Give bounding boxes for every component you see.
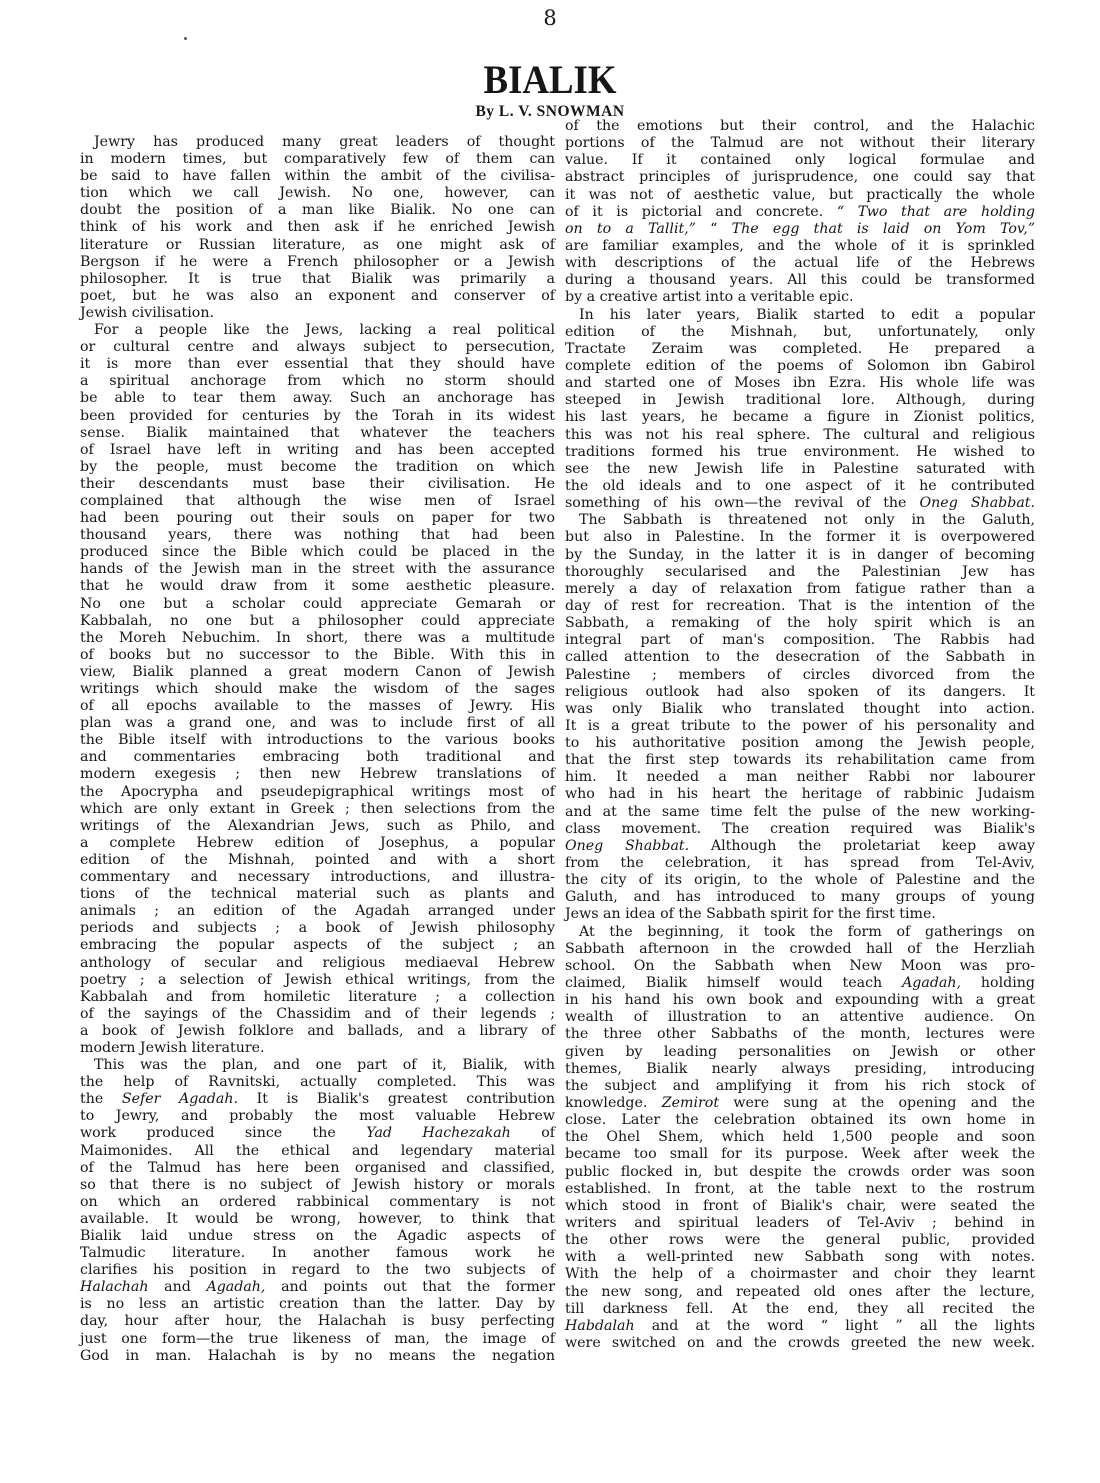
text-line: tions of the technical material such as … (80, 886, 555, 903)
text-line: commentary and necessary introductions, … (80, 869, 555, 886)
text-column-right: of the emotions but their control, and t… (565, 118, 1035, 1352)
text-line: edition of the Mishnah, pointed and with… (80, 852, 555, 869)
text-line: Jewish civilisation. (80, 305, 555, 322)
text-line: the Bible itself with introductions to t… (80, 732, 555, 749)
text-line: Kabbalah, no one but a philosopher could… (80, 613, 555, 630)
text-line: close. Later the celebration obtained it… (565, 1112, 1035, 1129)
text-line: writers and spiritual leaders of Tel-Avi… (565, 1215, 1035, 1232)
text-line: of it is pictorial and concrete. “ Two t… (565, 204, 1035, 221)
text-line: Sabbath afternoon in the crowded hall of… (565, 941, 1035, 958)
text-line: writings which should make the wisdom of… (80, 681, 555, 698)
text-line: by the Sunday, in the latter it is in da… (565, 547, 1035, 564)
text-line: of books but no successor to the Bible. … (80, 647, 555, 664)
text-line: this was not his real sphere. The cultur… (565, 427, 1035, 444)
text-line: At the beginning, it took the form of ga… (565, 924, 1035, 941)
text-line: Jewry has produced many great leaders of… (80, 134, 555, 151)
text-line: Sabbath, a remaking of the holy spirit w… (565, 615, 1035, 632)
text-line: periods and subjects ; a book of Jewish … (80, 920, 555, 937)
text-line: a complete Hebrew edition of Josephus, a… (80, 835, 555, 852)
text-line: till darkness fell. At the end, they all… (565, 1301, 1035, 1318)
text-line: of the emotions but their control, and t… (565, 118, 1035, 135)
text-line: which are only extant in Greek ; then se… (80, 801, 555, 818)
text-line: and at the same time felt the pulse of t… (565, 804, 1035, 821)
text-line: his last years, he became a figure in Zi… (565, 409, 1035, 426)
text-line: Jews an idea of the Sabbath spirit for t… (565, 906, 1035, 923)
text-line: that he would draw from it some aestheti… (80, 578, 555, 595)
text-line: think of his work and then ask if he enr… (80, 219, 555, 236)
text-line: was only Bialik who translated thought i… (565, 701, 1035, 718)
text-line: Maimonides. All the ethical and legendar… (80, 1143, 555, 1160)
text-line: given by leading personalities on Jewish… (565, 1044, 1035, 1061)
text-line: the old ideals and to one aspect of it h… (565, 478, 1035, 495)
text-line: God in man. Halachah is by no means the … (80, 1348, 555, 1365)
text-line: philosopher. It is true that Bialik was … (80, 271, 555, 288)
text-line: is no less an artistic creation than the… (80, 1296, 555, 1313)
text-line: religious outlook had also spoken of its… (565, 684, 1035, 701)
text-line: complained that although the wise men of… (80, 493, 555, 510)
text-line: In his later years, Bialik started to ed… (565, 307, 1035, 324)
text-line: Tractate Zeraim was completed. He prepar… (565, 341, 1035, 358)
text-line: doubt the position of a man like Bialik.… (80, 202, 555, 219)
text-line: of the sayings of the Chassidim and of t… (80, 1006, 555, 1023)
text-line: it is more than ever essential that they… (80, 356, 555, 373)
text-line: The Sabbath is threatened not only in th… (565, 512, 1035, 529)
text-line: the help of Ravnitski, actually complete… (80, 1074, 555, 1091)
text-line: Palestine ; members of circles divorced … (565, 667, 1035, 684)
text-line: work produced since the Yad Hachezakah o… (80, 1125, 555, 1142)
text-line: that the first step towards its rehabili… (565, 752, 1035, 769)
text-line: themes, Bialik nearly always presiding, … (565, 1061, 1035, 1078)
text-line: thousand years, there was nothing that h… (80, 527, 555, 544)
text-line: in his hand his own book and expounding … (565, 992, 1035, 1009)
text-line: with a well-printed new Sabbath song wit… (565, 1249, 1035, 1266)
text-line: the new song, and repeated old ones afte… (565, 1284, 1035, 1301)
text-line: value. If it contained only logical form… (565, 152, 1035, 169)
text-line: embracing the popular aspects of the sub… (80, 937, 555, 954)
text-line: view, Bialik planned a great modern Cano… (80, 664, 555, 681)
text-line: wealth of illustration to an attentive a… (565, 1009, 1035, 1026)
text-line: knowledge. Zemirot were sung at the open… (565, 1095, 1035, 1112)
text-line: the Apocrypha and pseudepigraphical writ… (80, 784, 555, 801)
text-line: hands of the Jewish man in the street wi… (80, 561, 555, 578)
text-column-left: Jewry has produced many great leaders of… (80, 134, 555, 1365)
text-line: something of his own—the revival of the … (565, 495, 1035, 512)
text-line: had been pouring out their souls on pape… (80, 510, 555, 527)
text-line: were switched on and the crowds greeted … (565, 1335, 1035, 1352)
text-line: established. In front, at the table next… (565, 1181, 1035, 1198)
text-line: so that there is no subject of Jewish hi… (80, 1177, 555, 1194)
text-line: by a creative artist into a veritable ep… (565, 289, 1035, 306)
text-line: or cultural centre and always subject to… (80, 339, 555, 356)
text-line: class movement. The creation required wa… (565, 821, 1035, 838)
text-line: with descriptions of the actual life of … (565, 255, 1035, 272)
text-line: of Israel have left in writing and has b… (80, 442, 555, 459)
text-line: anthology of secular and religious media… (80, 955, 555, 972)
text-line: of the Talmud has here been organised an… (80, 1160, 555, 1177)
text-line: the subject and amplifying it from his r… (565, 1078, 1035, 1095)
text-line: a book of Jewish folklore and ballads, a… (80, 1023, 555, 1040)
text-line: Bergson if he were a French philosopher … (80, 254, 555, 271)
text-line: the three other Sabbaths of the month, l… (565, 1026, 1035, 1043)
text-line: Habdalah and at the word “ light ” all t… (565, 1318, 1035, 1335)
text-line: the other rows were the general public, … (565, 1232, 1035, 1249)
text-line: public flocked in, but despite the crowd… (565, 1164, 1035, 1181)
text-line: modern Jewish literature. (80, 1040, 555, 1057)
text-line: thoroughly secularised and the Palestini… (565, 564, 1035, 581)
text-line: integral part of man's composition. The … (565, 632, 1035, 649)
text-line: be said to have fallen within the ambit … (80, 168, 555, 185)
text-line: Kabbalah and from homiletic literature ;… (80, 989, 555, 1006)
text-line: became too small for its purpose. Week a… (565, 1146, 1035, 1163)
text-line: edition of the Mishnah, but, unfortunate… (565, 324, 1035, 341)
text-line: abstract principles of jurisprudence, on… (565, 169, 1035, 186)
text-line: of all epochs available to the masses of… (80, 698, 555, 715)
text-line: the city of its origin, to the whole of … (565, 872, 1035, 889)
text-line: been provided for centuries by the Torah… (80, 408, 555, 425)
text-line: poet, but he was also an exponent and co… (80, 288, 555, 305)
text-line: For a people like the Jews, lacking a re… (80, 322, 555, 339)
text-line: poetry ; a selection of Jewish ethical w… (80, 972, 555, 989)
text-line: are familiar examples, and the whole of … (565, 238, 1035, 255)
text-line: Talmudic literature. In another famous w… (80, 1245, 555, 1262)
text-line: Bialik laid undue stress on the Agadic a… (80, 1228, 555, 1245)
text-line: produced since the Bible which could be … (80, 544, 555, 561)
text-line: tion which we call Jewish. No one, howev… (80, 185, 555, 202)
text-line: clarifies his position in regard to the … (80, 1262, 555, 1279)
text-line: literature or Russian literature, as one… (80, 237, 555, 254)
text-line: This was the plan, and one part of it, B… (80, 1057, 555, 1074)
text-line: Oneg Shabbat. Although the proletariat k… (565, 838, 1035, 855)
text-line: on to a Tallit,” “ The egg that is laid … (565, 221, 1035, 238)
text-line: Galuth, and has introduced to many group… (565, 889, 1035, 906)
text-line: who had in his heart the heritage of rab… (565, 786, 1035, 803)
text-line: sense. Bialik maintained that whatever t… (80, 425, 555, 442)
text-line: and started one of Moses ibn Ezra. His w… (565, 375, 1035, 392)
text-line: the Sefer Agadah. It is Bialik's greates… (80, 1091, 555, 1108)
text-line: animals ; an edition of the Agadah arran… (80, 903, 555, 920)
text-line: but also in Palestine. In the former it … (565, 529, 1035, 546)
text-line: complete edition of the poems of Solomon… (565, 358, 1035, 375)
text-line: the Moreh Nebuchim. In short, there was … (80, 630, 555, 647)
text-line: by the people, must become the tradition… (80, 459, 555, 476)
text-line: claimed, Bialik himself would teach Agad… (565, 975, 1035, 992)
text-line: a spiritual anchorage from which no stor… (80, 373, 555, 390)
text-line: school. On the Sabbath when New Moon was… (565, 958, 1035, 975)
text-line: available. It would be wrong, however, t… (80, 1211, 555, 1228)
print-speck (184, 37, 187, 40)
text-line: day of rest for recreation. That is the … (565, 598, 1035, 615)
text-line: merely a day of relaxation from fatigue … (565, 581, 1035, 598)
text-line: him. It needed a man neither Rabbi nor l… (565, 769, 1035, 786)
article-title: BIALIK (44, 56, 1056, 103)
text-line: in modern times, but comparatively few o… (80, 151, 555, 168)
text-line: which stood in front of Bialik's chair, … (565, 1198, 1035, 1215)
text-line: to Jewry, and probably the most valuable… (80, 1108, 555, 1125)
text-line: It is a great tribute to the power of hi… (565, 718, 1035, 735)
text-line: on which an ordered rabbinical commentar… (80, 1194, 555, 1211)
text-line: With the help of a choirmaster and choir… (565, 1266, 1035, 1283)
text-line: writings of the Alexandrian Jews, such a… (80, 818, 555, 835)
text-line: to his authoritative position among the … (565, 735, 1035, 752)
text-line: and commentaries embracing both traditio… (80, 749, 555, 766)
text-line: during a thousand years. All this could … (565, 272, 1035, 289)
text-line: steeped in Jewish traditional lore. Alth… (565, 392, 1035, 409)
text-line: portions of the Talmud are not without t… (565, 135, 1035, 152)
text-line: their descendants must base their civili… (80, 476, 555, 493)
text-line: be able to tear them away. Such an ancho… (80, 390, 555, 407)
text-line: the Ohel Shem, which held 1,500 people a… (565, 1129, 1035, 1146)
text-line: it was not of aesthetic value, but pract… (565, 187, 1035, 204)
text-line: day, hour after hour, the Halachah is bu… (80, 1313, 555, 1330)
text-line: from the celebration, it has spread from… (565, 855, 1035, 872)
text-line: No one but a scholar could appreciate Ge… (80, 596, 555, 613)
text-line: traditions formed his true environment. … (565, 444, 1035, 461)
text-line: plan was a grand one, and was to include… (80, 715, 555, 732)
page-number: 8 (0, 6, 1100, 30)
text-line: see the new Jewish life in Palestine sat… (565, 461, 1035, 478)
text-line: called attention to the desecration of t… (565, 649, 1035, 666)
text-line: Halachah and Agadah, and points out that… (80, 1279, 555, 1296)
text-line: just one form—the true likeness of man, … (80, 1331, 555, 1348)
text-line: modern exegesis ; then new Hebrew transl… (80, 766, 555, 783)
